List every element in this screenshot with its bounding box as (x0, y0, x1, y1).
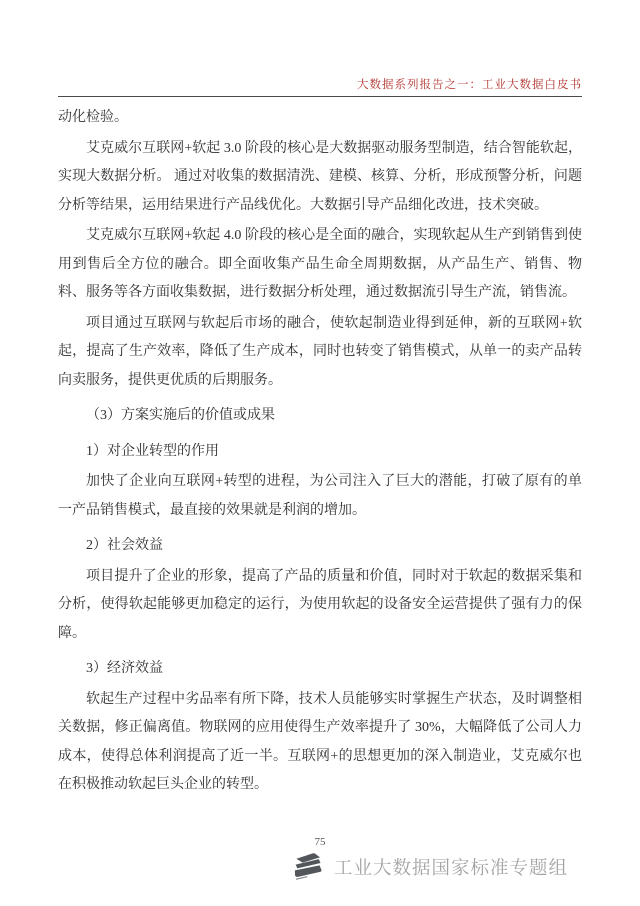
body-paragraph: 软起生产过程中劣品率有所下降，技术人员能够实时掌握生产状态，及时调整相关数据，修… (58, 686, 582, 800)
body-paragraph: 项目通过互联网与软起后市场的融合，使软起制造业得到延伸，新的互联网+软起，提高了… (58, 310, 582, 396)
section-heading: （3）方案实施后的价值或成果 (58, 402, 582, 431)
footer-logo-text: 工业大数据国家标准专题组 (334, 854, 568, 880)
document-body: 动化检验。艾克威尔互联网+软起 3.0 阶段的核心是大数据驱动服务型制造，结合智… (58, 104, 582, 800)
document-page: 大数据系列报告之一：工业大数据白皮书 动化检验。艾克威尔互联网+软起 3.0 阶… (0, 0, 640, 906)
section-heading: 2）社会效益 (58, 532, 582, 561)
body-paragraph: 加快了企业向互联网+转型的进程，为公司注入了巨大的潜能，打破了原有的单一产品销售… (58, 468, 582, 525)
body-paragraph: 动化检验。 (58, 104, 582, 133)
section-heading: 3）经济效益 (58, 655, 582, 684)
page-number: 75 (0, 836, 640, 848)
body-paragraph: 艾克威尔互联网+软起 3.0 阶段的核心是大数据驱动服务型制造，结合智能软起，实… (58, 135, 582, 221)
stacked-books-icon (291, 851, 325, 882)
header-rule-divider (58, 96, 582, 97)
body-paragraph: 艾克威尔互联网+软起 4.0 阶段的核心是全面的融合，实现软起从生产到销售到使用… (58, 222, 582, 308)
page-header: 大数据系列报告之一：工业大数据白皮书 (58, 76, 582, 97)
footer-logo: 工业大数据国家标准专题组 (291, 851, 568, 882)
section-heading: 1）对企业转型的作用 (58, 438, 582, 467)
body-paragraph: 项目提升了企业的形象，提高了产品的质量和价值，同时对于软起的数据采集和分析，使得… (58, 563, 582, 649)
header-title: 大数据系列报告之一：工业大数据白皮书 (58, 76, 582, 96)
